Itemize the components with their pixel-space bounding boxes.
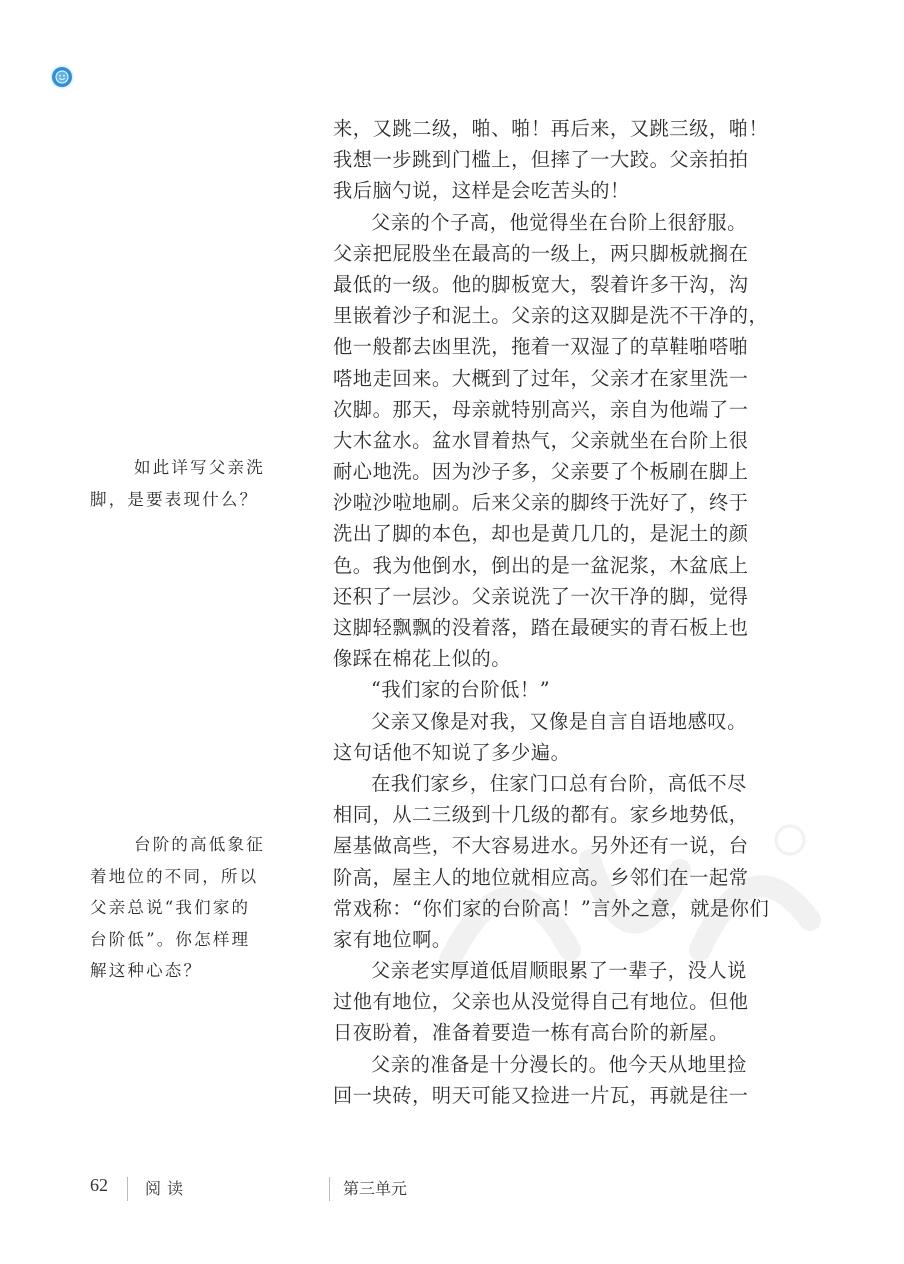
text-line: 耐心地洗。因为沙子多，父亲要了个板刷在脚上 (333, 456, 778, 487)
text-line: 次脚。那天，母亲就特别高兴，亲自为他端了一 (333, 394, 778, 425)
text-line: 像踩在棉花上似的。 (333, 643, 778, 674)
page-footer: 62 阅读 第三单元 (0, 1175, 904, 1205)
text-line: 沙啦沙啦地刷。后来父亲的脚终于洗好了，终于 (333, 487, 778, 518)
margin-note-line: 着地位的不同，所以 (90, 861, 265, 893)
text-line: 洗出了脚的本色，却也是黄几几的，是泥土的颜 (333, 518, 778, 549)
text-line: 来，又跳二级，啪、啪！再后来，又跳三级，啪！ (333, 113, 778, 144)
text-line: 嗒地走回来。大概到了过年，父亲才在家里洗一 (333, 363, 778, 394)
margin-note-line: 台阶的高低象征 (90, 829, 265, 861)
text-line: 家有地位啊。 (333, 924, 778, 955)
text-line: 父亲老实厚道低眉顺眼累了一辈子，没人说 (333, 955, 778, 986)
footer-divider (329, 1177, 330, 1201)
text-line: 他一般都去凼里洗，拖着一双湿了的草鞋啪嗒啪 (333, 331, 778, 362)
text-line: “我们家的台阶低！” (333, 674, 778, 705)
text-line: 日夜盼着，准备着要造一栋有高台阶的新屋。 (333, 1017, 778, 1048)
margin-note-question-1: 如此详写父亲洗 脚，是要表现什么？ (90, 452, 265, 515)
main-text-body: 来，又跳二级，啪、啪！再后来，又跳三级，啪！我想一步跳到门槛上，但摔了一大跤。父… (333, 113, 778, 1111)
margin-note-line: 父亲总说“我们家的 (90, 892, 265, 924)
text-line: 阶高，屋主人的地位就相应高。乡邻们在一起常 (333, 862, 778, 893)
book-title: 阅读 (145, 1176, 189, 1199)
text-line: 这脚轻飘飘的没着落，踏在最硬实的青石板上也 (333, 612, 778, 643)
smiley-face-icon[interactable] (52, 67, 72, 87)
text-line: 屋基做高些，不大容易进水。另外还有一说，台 (333, 830, 778, 861)
text-line: 父亲的个子高，他觉得坐在台阶上很舒服。 (333, 207, 778, 238)
text-line: 我后脑勺说，这样是会吃苦头的！ (333, 175, 778, 206)
text-line: 色。我为他倒水，倒出的是一盆泥浆，木盆底上 (333, 550, 778, 581)
page-number: 62 (90, 1175, 108, 1196)
text-line: 还积了一层沙。父亲说洗了一次干净的脚，觉得 (333, 581, 778, 612)
smiley-face-glyph (52, 67, 72, 87)
text-line: 最低的一级。他的脚板宽大，裂着许多干沟，沟 (333, 269, 778, 300)
text-line: 父亲把屁股坐在最高的一级上，两只脚板就搁在 (333, 238, 778, 269)
text-line: 父亲的准备是十分漫长的。他今天从地里捡 (333, 1049, 778, 1080)
text-line: 常戏称：“你们家的台阶高！”言外之意，就是你们 (333, 893, 778, 924)
text-line: 父亲又像是对我，又像是自言自语地感叹。 (333, 706, 778, 737)
text-line: 过他有地位，父亲也从没觉得自己有地位。但他 (333, 986, 778, 1017)
text-line: 大木盆水。盆水冒着热气，父亲就坐在台阶上很 (333, 425, 778, 456)
text-line: 这句话他不知说了多少遍。 (333, 737, 778, 768)
text-line: 里嵌着沙子和泥土。父亲的这双脚是洗不干净的， (333, 300, 778, 331)
margin-note-line: 解这种心态？ (90, 955, 265, 987)
margin-note-question-2: 台阶的高低象征 着地位的不同，所以 父亲总说“我们家的 台阶低”。你怎样理 解这… (90, 829, 265, 987)
margin-note-line: 台阶低”。你怎样理 (90, 924, 265, 956)
margin-note-line: 如此详写父亲洗 (90, 452, 265, 484)
margin-note-line: 脚，是要表现什么？ (90, 484, 265, 516)
text-line: 回一块砖，明天可能又捡进一片瓦，再就是往一 (333, 1080, 778, 1111)
text-line: 在我们家乡，住家门口总有台阶，高低不尽 (333, 768, 778, 799)
footer-divider (127, 1177, 128, 1201)
unit-label: 第三单元 (343, 1176, 407, 1199)
text-line: 我想一步跳到门槛上，但摔了一大跤。父亲拍拍 (333, 144, 778, 175)
text-line: 相同，从二三级到十几级的都有。家乡地势低， (333, 799, 778, 830)
